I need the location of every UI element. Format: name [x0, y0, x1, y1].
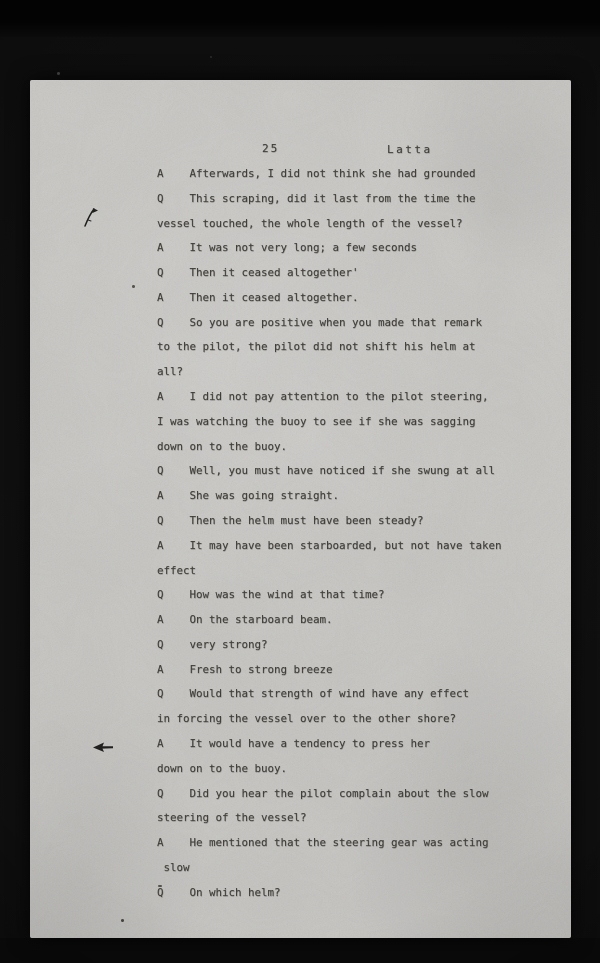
transcript-line: slow: [157, 856, 557, 881]
transcript-line: effect: [157, 559, 557, 584]
transcript-line: down on to the buoy.: [157, 757, 557, 782]
transcript-line: down on to the buoy.: [157, 435, 557, 460]
transcript-line: in forcing the vessel over to the other …: [157, 707, 557, 732]
transcript-line: steering of the vessel?: [157, 806, 557, 831]
transcript-line: Q So you are positive when you made that…: [157, 311, 557, 336]
transcript-line: all?: [157, 360, 557, 385]
transcript-line: A It would have a tendency to press her: [157, 732, 557, 757]
transcript-line: Q Well, you must have noticed if she swu…: [157, 459, 557, 484]
transcript-line: A Afterwards, I did not think she had gr…: [157, 162, 557, 187]
transcript-line: Q On which helm?: [157, 881, 557, 906]
transcript-line: Q very strong?: [157, 633, 557, 658]
transcript-lines: A Afterwards, I did not think she had gr…: [157, 162, 557, 905]
transcript-line: A Fresh to strong breeze: [157, 658, 557, 683]
transcript-line: A It may have been starboarded, but not …: [157, 534, 557, 559]
document-page: 25 Latta A Afterwards, I did not think s…: [30, 80, 571, 938]
transcript-line: Q Then the helm must have been steady?: [157, 509, 557, 534]
witness-name: Latta: [387, 143, 433, 156]
transcript-line: A On the starboard beam.: [157, 608, 557, 633]
scanner-bottom-band: [0, 938, 600, 963]
transcript-line: A I did not pay attention to the pilot s…: [157, 385, 557, 410]
transcript-line: Q This scraping, did it last from the ti…: [157, 187, 557, 212]
transcript-line: Q Then it ceased altogether': [157, 261, 557, 286]
transcript-line: A It was not very long; a few seconds: [157, 236, 557, 261]
transcript-line: A Then it ceased altogether.: [157, 286, 557, 311]
transcript-line: Q Did you hear the pilot complain about …: [157, 782, 557, 807]
transcript-line: vessel touched, the whole length of the …: [157, 212, 557, 237]
scanned-transcript-photo: 25 Latta A Afterwards, I did not think s…: [0, 0, 600, 963]
transcript-line: Q Would that strength of wind have any e…: [157, 682, 557, 707]
transcript-line: to the pilot, the pilot did not shift hi…: [157, 335, 557, 360]
transcript-line: I was watching the buoy to see if she wa…: [157, 410, 557, 435]
scanner-top-band: [0, 0, 600, 37]
transcript-line: Q How was the wind at that time?: [157, 583, 557, 608]
transcript-line: A He mentioned that the steering gear wa…: [157, 831, 557, 856]
page-number: 25: [262, 142, 279, 155]
transcript-line: A She was going straight.: [157, 484, 557, 509]
